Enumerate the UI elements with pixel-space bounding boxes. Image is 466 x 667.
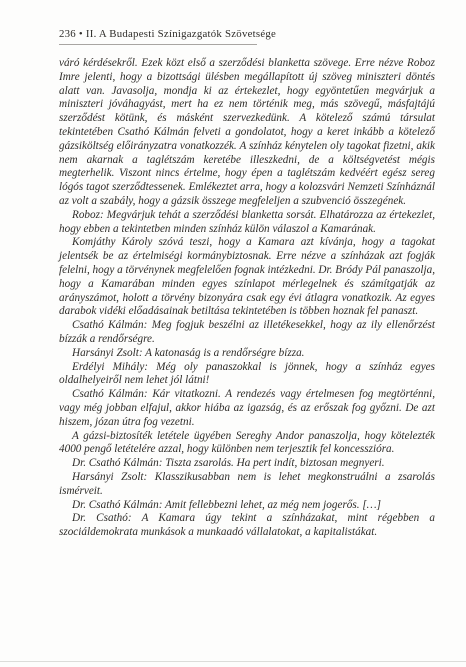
paragraph: Erdélyi Mihály: Még oly panaszokkal is j… xyxy=(59,361,435,389)
page-bottom-edge xyxy=(0,661,466,663)
running-header: 236 • II. A Budapesti Színigazgatók Szöv… xyxy=(59,28,435,40)
paragraph: váró kérdésekről. Ezek közt első a szerz… xyxy=(59,57,435,209)
paragraph: Harsányi Zsolt: A katonaság is a rendőrs… xyxy=(59,347,435,361)
paragraph: Komjáthy Károly szóvá teszi, hogy a Kama… xyxy=(59,236,435,319)
paragraph: Dr. Csathó: A Kamara úgy tekint a színhá… xyxy=(59,512,435,540)
paragraph: Harsányi Zsolt: Klasszikusabban nem is l… xyxy=(59,471,435,499)
paragraph: Roboz: Megvárjuk tehát a szerződési blan… xyxy=(59,209,435,237)
page-body: váró kérdésekről. Ezek közt első a szerz… xyxy=(59,57,435,540)
paragraph: Csathó Kálmán: Kár vitatkozni. A rendezé… xyxy=(59,388,435,429)
paragraph: Csathó Kálmán: Meg fogjuk beszélni az il… xyxy=(59,319,435,347)
paragraph: Dr. Csathó Kálmán: Tiszta zsarolás. Ha p… xyxy=(59,457,435,471)
book-page: 236 • II. A Budapesti Színigazgatók Szöv… xyxy=(0,0,466,667)
header-rule xyxy=(59,44,257,45)
paragraph: A gázsi-biztosíték letétele ügyében Sere… xyxy=(59,430,435,458)
paragraph: Dr. Csathó Kálmán: Amit fellebbezni lehe… xyxy=(59,499,435,513)
